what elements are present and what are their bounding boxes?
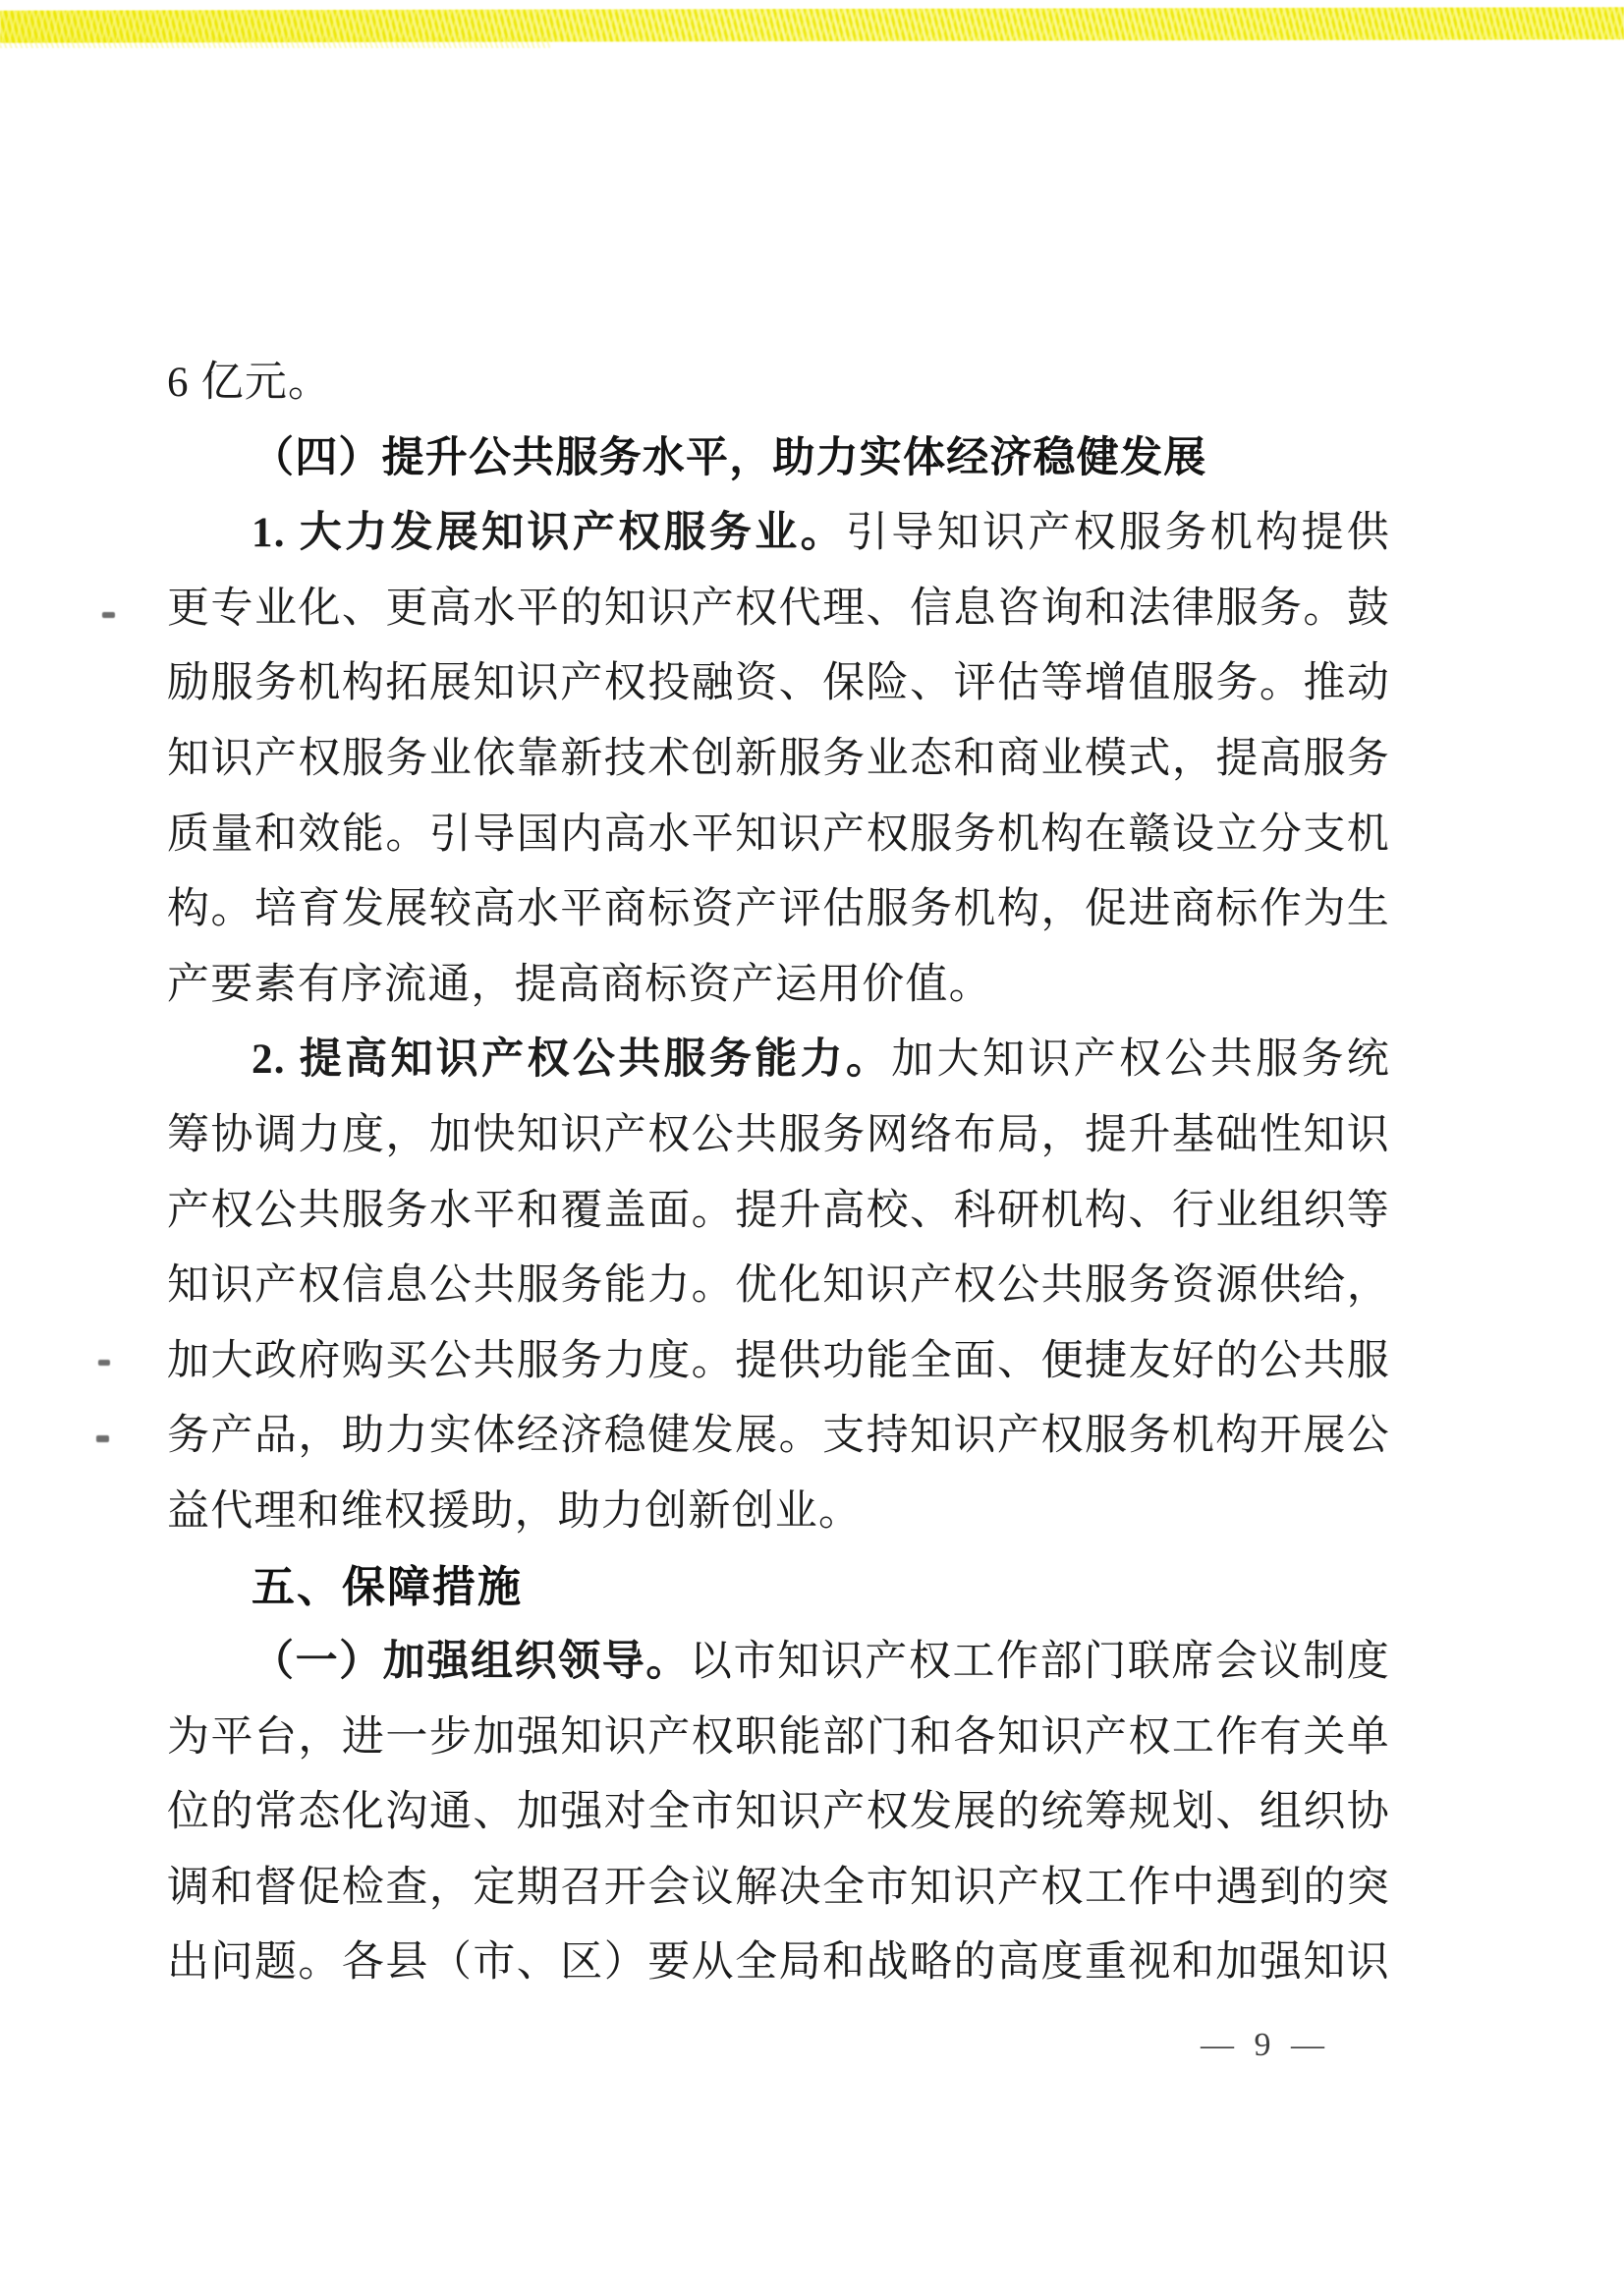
doc-line: （四）提升公共服务水平，助力实体经济稳健发展: [167, 421, 1390, 497]
doc-line: 加大政府购买公共服务力度。提供功能全面、便捷友好的公共服: [167, 1324, 1390, 1400]
line-lead: 1. 大力发展知识产权服务业。: [252, 510, 846, 556]
doc-line: 出问题。各县（市、区）要从全局和战略的高度重视和加强知识: [167, 1926, 1390, 2001]
doc-line: 励服务机构拓展知识产权投融资、保险、评估等增值服务。推动: [167, 646, 1390, 722]
doc-line: （一）加强组织领导。以市知识产权工作部门联席会议制度: [167, 1625, 1390, 1701]
doc-line: 6 亿元。: [167, 346, 1390, 421]
doc-line: 知识产权服务业依靠新技术创新服务业态和商业模式，提高服务: [167, 722, 1390, 798]
doc-line: 更专业化、更高水平的知识产权代理、信息咨询和法律服务。鼓: [167, 572, 1390, 647]
doc-line: 产要素有序流通，提高商标资产运用价值。: [167, 948, 1390, 1024]
doc-line: 五、保障措施: [167, 1550, 1390, 1626]
doc-line: 产权公共服务水平和覆盖面。提升高校、科研机构、行业组织等: [167, 1174, 1390, 1250]
doc-line: 为平台，进一步加强知识产权职能部门和各知识产权工作有关单: [167, 1701, 1390, 1776]
doc-line: 知识产权信息公共服务能力。优化知识产权公共服务资源供给，: [167, 1249, 1390, 1324]
doc-line: 2. 提高知识产权公共服务能力。加大知识产权公共服务统: [167, 1023, 1390, 1098]
doc-line: 益代理和维权援助，助力创新创业。: [167, 1475, 1390, 1550]
scanned-page: { "page": { "background": "#ffffff", "te…: [0, 0, 1624, 2295]
page-number: — 9 —: [1143, 2016, 1388, 2075]
doc-line: 位的常态化沟通、加强对全市知识产权发展的统筹规划、组织协: [167, 1775, 1390, 1851]
doc-line: 构。培育发展较高水平商标资产评估服务机构，促进商标作为生: [167, 872, 1390, 948]
doc-line: 1. 大力发展知识产权服务业。引导知识产权服务机构提供: [167, 496, 1390, 572]
scan-artifact: [98, 1360, 110, 1366]
scan-artifact: [102, 612, 115, 618]
yellow-highlight-band-fringe: [0, 37, 550, 48]
doc-line: 筹协调力度，加快知识产权公共服务网络布局，提升基础性知识: [167, 1098, 1390, 1174]
line-lead: 2. 提高知识产权公共服务能力。: [252, 1036, 891, 1083]
doc-line: 调和督促检查，定期召开会议解决全市知识产权工作中遇到的突: [167, 1851, 1390, 1927]
scan-artifact: [96, 1435, 109, 1442]
line-lead: （一）加强组织领导。: [252, 1639, 690, 1685]
doc-line: 务产品，助力实体经济稳健发展。支持知识产权服务机构开展公: [167, 1399, 1390, 1475]
text-block: 6 亿元。（四）提升公共服务水平，助力实体经济稳健发展1. 大力发展知识产权服务…: [167, 346, 1390, 2001]
doc-line: 质量和效能。引导国内高水平知识产权服务机构在赣设立分支机: [167, 798, 1390, 873]
